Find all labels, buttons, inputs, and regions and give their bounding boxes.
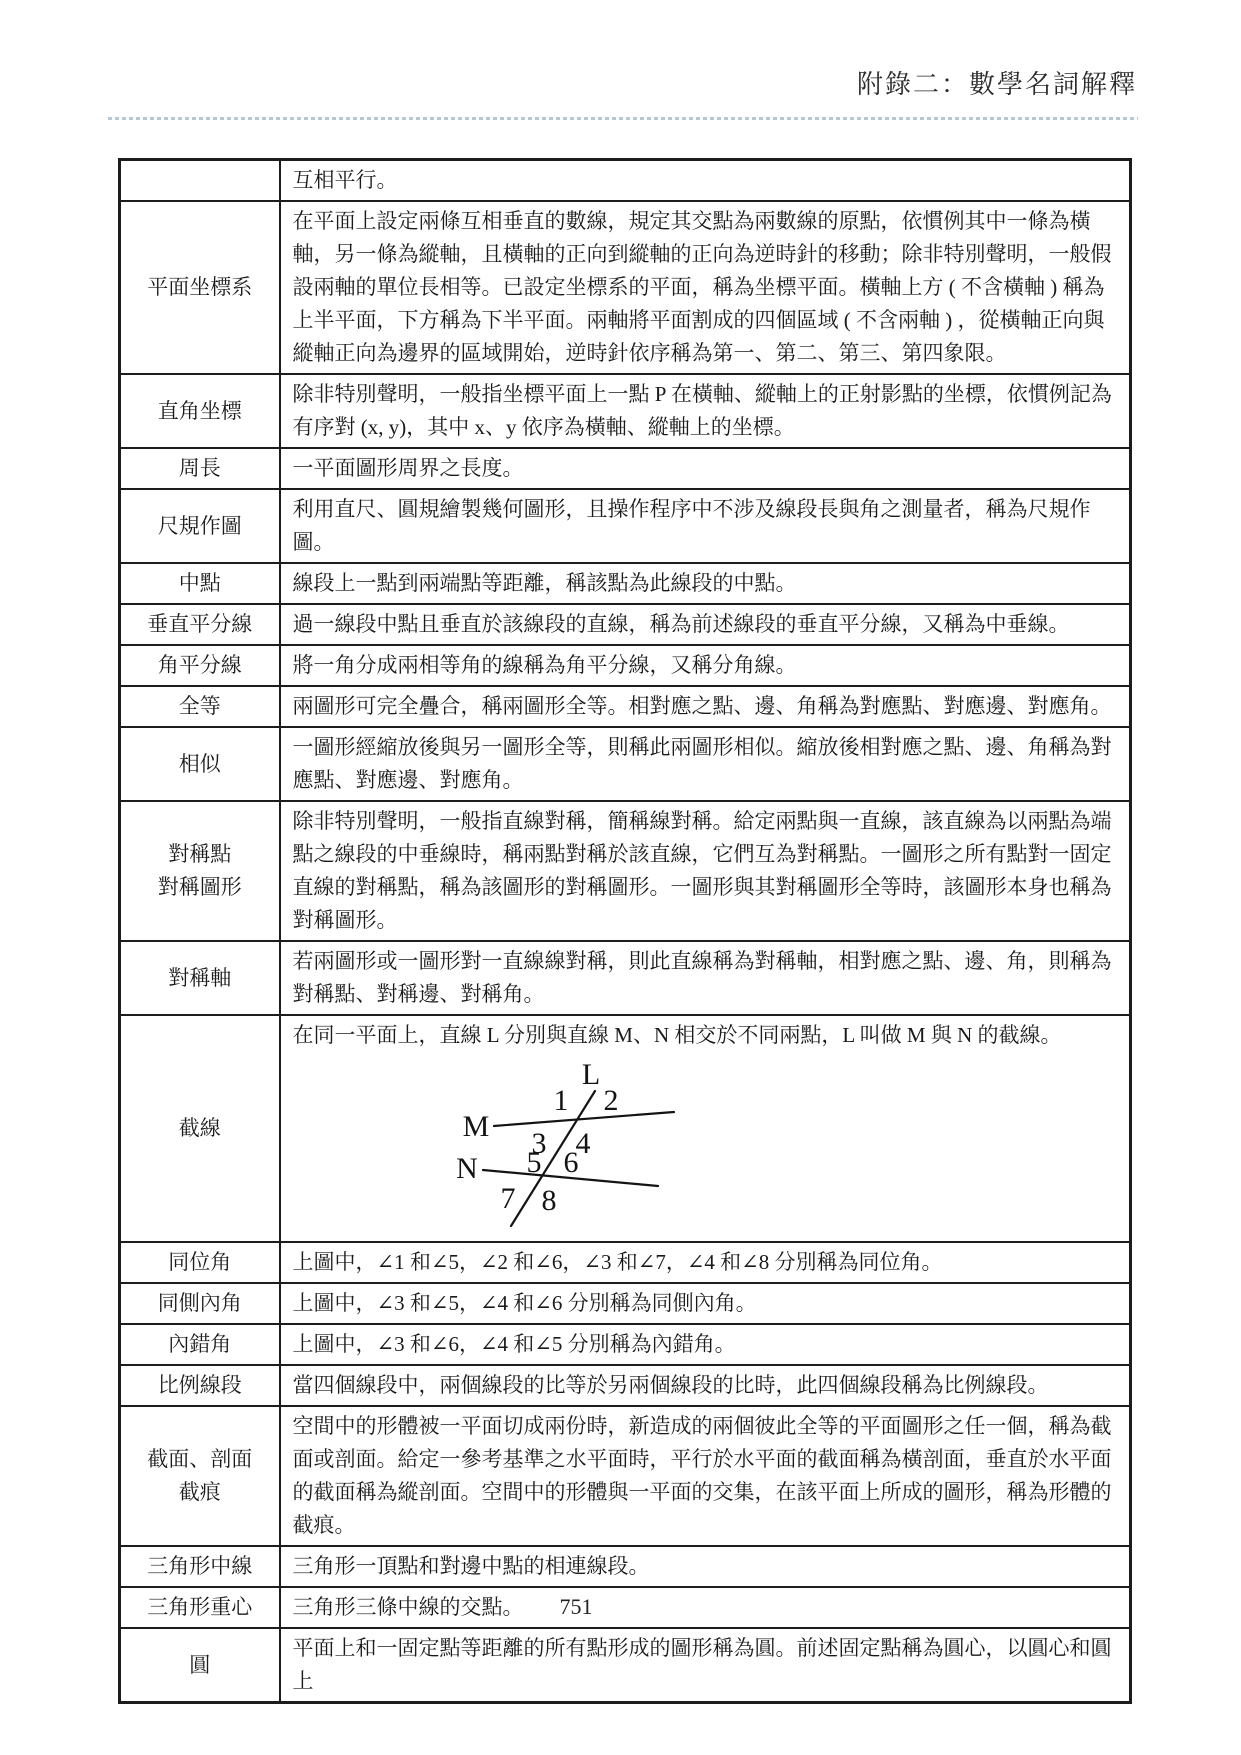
definition-cell: 上圖中，∠3 和∠6，∠4 和∠5 分別稱為內錯角。 xyxy=(280,1324,1131,1365)
term-cell: 三角形中線 xyxy=(120,1546,280,1587)
definition-cell: 互相平行。 xyxy=(280,160,1131,202)
term-cell: 比例線段 xyxy=(120,1365,280,1406)
table-row: 互相平行。 xyxy=(120,160,1131,202)
term-cell: 同側內角 xyxy=(120,1283,280,1324)
table-row: 垂直平分線 過一線段中點且垂直於該線段的直線，稱為前述線段的垂直平分線，又稱為中… xyxy=(120,604,1131,645)
term-cell: 周長 xyxy=(120,448,280,489)
document-page: 附錄二：數學名詞解釋 互相平行。 平面坐標系 在平面上設定兩條互相垂直的數線，規… xyxy=(0,0,1241,1755)
table-row: 周長 一平面圖形周界之長度。 xyxy=(120,448,1131,489)
definition-cell: 三角形一頂點和對邊中點的相連線段。 xyxy=(280,1546,1131,1587)
table-row: 對稱點 對稱圖形 除非特別聲明，一般指直線對稱，簡稱線對稱。給定兩點與一直線，該… xyxy=(120,801,1131,941)
definition-cell: 除非特別聲明，一般指直線對稱，簡稱線對稱。給定兩點與一直線，該直線為以兩點為端點… xyxy=(280,801,1131,941)
term-cell: 內錯角 xyxy=(120,1324,280,1365)
definition-cell: 在平面上設定兩條互相垂直的數線，規定其交點為兩數線的原點，依慣例其中一條為橫軸，… xyxy=(280,201,1131,374)
definition-cell: 兩圖形可完全疊合，稱兩圖形全等。相對應之點、邊、角稱為對應點、對應邊、對應角。 xyxy=(280,686,1131,727)
definition-cell: 若兩圖形或一圖形對一直線線對稱，則此直線稱為對稱軸，相對應之點、邊、角，則稱為對… xyxy=(280,941,1131,1015)
term-cell: 全等 xyxy=(120,686,280,727)
table-row: 三角形中線 三角形一頂點和對邊中點的相連線段。 xyxy=(120,1546,1131,1587)
term-cell: 平面坐標系 xyxy=(120,201,280,374)
transversal-diagram: L M N 1 2 3 4 5 6 7 8 xyxy=(451,1058,701,1236)
transversal-diagram-wrap: L M N 1 2 3 4 5 6 7 8 xyxy=(451,1058,711,1236)
table-row: 比例線段 當四個線段中，兩個線段的比等於另兩個線段的比時，此四個線段稱為比例線段… xyxy=(120,1365,1131,1406)
angle-label-8: 8 xyxy=(541,1184,556,1217)
label-m: M xyxy=(462,1110,489,1143)
table-row: 圓 平面上和一固定點等距離的所有點形成的圖形稱為圓。前述固定點稱為圓心，以圓心和… xyxy=(120,1628,1131,1703)
table-row: 對稱軸 若兩圖形或一圖形對一直線線對稱，則此直線稱為對稱軸，相對應之點、邊、角，… xyxy=(120,941,1131,1015)
term-cell: 角平分線 xyxy=(120,645,280,686)
angle-label-1: 1 xyxy=(553,1084,568,1117)
definition-cell: 除非特別聲明，一般指坐標平面上一點 P 在橫軸、縱軸上的正射影點的坐標，依慣例記… xyxy=(280,374,1131,448)
term-cell: 直角坐標 xyxy=(120,374,280,448)
header-divider xyxy=(108,117,1138,120)
angle-label-6: 6 xyxy=(563,1146,578,1179)
table-row: 截面、剖面 截痕 空間中的形體被一平面切成兩份時，新造成的兩個彼此全等的平面圖形… xyxy=(120,1406,1131,1546)
table-row: 平面坐標系 在平面上設定兩條互相垂直的數線，規定其交點為兩數線的原點，依慣例其中… xyxy=(120,201,1131,374)
definition-cell: 過一線段中點且垂直於該線段的直線，稱為前述線段的垂直平分線，又稱為中垂線。 xyxy=(280,604,1131,645)
table-row: 尺規作圖 利用直尺、圓規繪製幾何圖形，且操作程序中不涉及線段長與角之測量者，稱為… xyxy=(120,489,1131,563)
transversal-definition-text: 在同一平面上，直線 L 分別與直線 M、N 相交於不同兩點，L 叫做 M 與 N… xyxy=(293,1019,1118,1052)
term-cell: 相似 xyxy=(120,727,280,801)
label-l: L xyxy=(581,1058,599,1091)
page-title: 附錄二：數學名詞解釋 xyxy=(857,70,1137,99)
definition-cell: 一圖形經縮放後與另一圖形全等，則稱此兩圖形相似。縮放後相對應之點、邊、角稱為對應… xyxy=(280,727,1131,801)
definition-cell: 當四個線段中，兩個線段的比等於另兩個線段的比時，此四個線段稱為比例線段。 xyxy=(280,1365,1131,1406)
term-cell: 垂直平分線 xyxy=(120,604,280,645)
definition-cell: 在同一平面上，直線 L 分別與直線 M、N 相交於不同兩點，L 叫做 M 與 N… xyxy=(280,1015,1131,1242)
term-cell: 截面、剖面 截痕 xyxy=(120,1406,280,1546)
page-number: 751 xyxy=(0,1594,1152,1620)
definition-cell: 空間中的形體被一平面切成兩份時，新造成的兩個彼此全等的平面圖形之任一個，稱為截面… xyxy=(280,1406,1131,1546)
page-header: 附錄二：數學名詞解釋 xyxy=(110,0,1137,101)
table-row: 同側內角 上圖中，∠3 和∠5，∠4 和∠6 分別稱為同側內角。 xyxy=(120,1283,1131,1324)
table-row: 角平分線 將一角分成兩相等角的線稱為角平分線，又稱分角線。 xyxy=(120,645,1131,686)
term-cell: 圓 xyxy=(120,1628,280,1703)
angle-label-2: 2 xyxy=(603,1084,618,1117)
table-row: 同位角 上圖中，∠1 和∠5，∠2 和∠6，∠3 和∠7，∠4 和∠8 分別稱為… xyxy=(120,1242,1131,1283)
term-cell: 對稱軸 xyxy=(120,941,280,1015)
definition-cell: 線段上一點到兩端點等距離，稱該點為此線段的中點。 xyxy=(280,563,1131,604)
table-row: 截線 在同一平面上，直線 L 分別與直線 M、N 相交於不同兩點，L 叫做 M … xyxy=(120,1015,1131,1242)
table-row: 直角坐標 除非特別聲明，一般指坐標平面上一點 P 在橫軸、縱軸上的正射影點的坐標… xyxy=(120,374,1131,448)
angle-label-7: 7 xyxy=(500,1182,515,1215)
definition-cell: 上圖中，∠1 和∠5，∠2 和∠6，∠3 和∠7，∠4 和∠8 分別稱為同位角。 xyxy=(280,1242,1131,1283)
table-row: 中點 線段上一點到兩端點等距離，稱該點為此線段的中點。 xyxy=(120,563,1131,604)
label-n: N xyxy=(456,1152,478,1185)
table-row: 全等 兩圖形可完全疊合，稱兩圖形全等。相對應之點、邊、角稱為對應點、對應邊、對應… xyxy=(120,686,1131,727)
definition-cell: 將一角分成兩相等角的線稱為角平分線，又稱分角線。 xyxy=(280,645,1131,686)
definition-cell: 利用直尺、圓規繪製幾何圖形，且操作程序中不涉及線段長與角之測量者，稱為尺規作圖。 xyxy=(280,489,1131,563)
angle-label-5: 5 xyxy=(526,1146,541,1179)
term-cell: 中點 xyxy=(120,563,280,604)
term-cell: 對稱點 對稱圖形 xyxy=(120,801,280,941)
term-cell: 尺規作圖 xyxy=(120,489,280,563)
line-m xyxy=(494,1112,674,1126)
definition-cell: 平面上和一固定點等距離的所有點形成的圖形稱為圓。前述固定點稱為圓心，以圓心和圓上 xyxy=(280,1628,1131,1703)
term-cell: 截線 xyxy=(120,1015,280,1242)
definition-cell: 上圖中，∠3 和∠5，∠4 和∠6 分別稱為同側內角。 xyxy=(280,1283,1131,1324)
term-cell: 同位角 xyxy=(120,1242,280,1283)
definition-cell: 一平面圖形周界之長度。 xyxy=(280,448,1131,489)
table-row: 相似 一圖形經縮放後與另一圖形全等，則稱此兩圖形相似。縮放後相對應之點、邊、角稱… xyxy=(120,727,1131,801)
glossary-table: 互相平行。 平面坐標系 在平面上設定兩條互相垂直的數線，規定其交點為兩數線的原點… xyxy=(118,158,1132,1704)
table-row: 內錯角 上圖中，∠3 和∠6，∠4 和∠5 分別稱為內錯角。 xyxy=(120,1324,1131,1365)
term-cell xyxy=(120,160,280,202)
